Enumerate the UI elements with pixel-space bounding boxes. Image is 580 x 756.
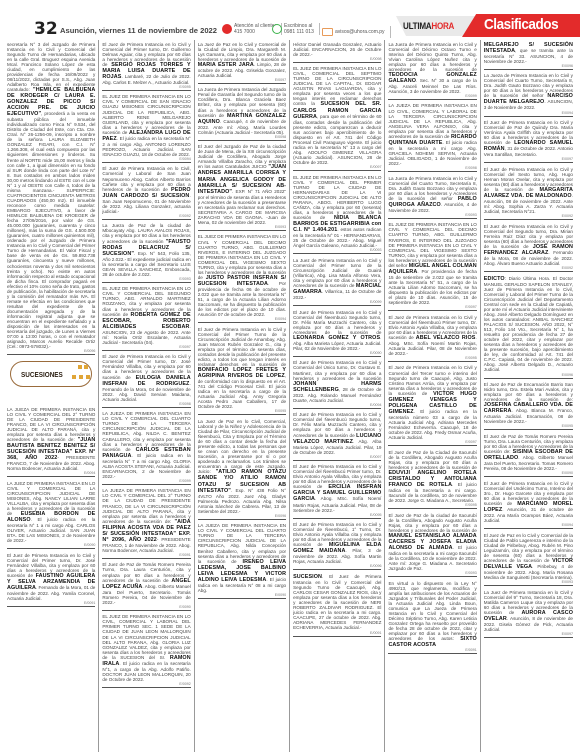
column-3: La Juez de Paz en lo Civil y Comercial d… bbox=[195, 40, 290, 752]
legal-notice: El Juez de Paz en lo Civil y Comercial d… bbox=[484, 531, 573, 586]
legal-notice: El Juez de Primera Instancia en lo Civil… bbox=[102, 165, 190, 220]
notice-body: EL JUEZ DE PRIMERA INSTANCIA EN LO CIVIL… bbox=[198, 234, 286, 279]
legal-notice: EL JUEZ DE PRIMERA INSTANCIA EN LO CIVIL… bbox=[198, 233, 286, 323]
notice-body: EL JUEZ DE PRIMERA INSTANCIA EN LO CIVIL… bbox=[293, 66, 381, 106]
notice-code: E/0092 bbox=[484, 214, 573, 218]
column-5: La Jueza de Primera Instancia en lo Civi… bbox=[385, 40, 480, 752]
legal-notice: El Juez de Primera Instancia en lo Civil… bbox=[293, 463, 381, 519]
notice-subject: BONIFACIO LOPEZ FRETES Y AGRIPINA RIVERO… bbox=[198, 367, 286, 379]
notice-body: El Juez de Primera Instancia en lo Civil… bbox=[293, 310, 381, 335]
legal-notice: EL JUEZ DE PRIMERA INSTANCIA EN LO CIVIL… bbox=[102, 613, 190, 688]
notice-code: E/0099 bbox=[293, 300, 381, 304]
notice-code: E/0095 bbox=[388, 503, 476, 507]
notice-code: E/0094 bbox=[102, 157, 190, 161]
notice-code: E/0094 bbox=[198, 317, 286, 321]
legal-notice: EL JUEZ DE PRIMERA INSTANCIA EN LO CIVIL… bbox=[102, 93, 190, 163]
notice-body: LA JUEZA DE PRIMERA INSTANCIA EN LO CIVI… bbox=[198, 523, 286, 563]
legal-notice: El Juez de Primera Instancia en lo Civil… bbox=[293, 308, 381, 357]
legal-notice: La Jueza de Primera Instancia en lo Civi… bbox=[484, 72, 573, 117]
column-6: MELGAREJO S/ SUCESIÓN INTESTADA, que se … bbox=[481, 40, 576, 752]
whatsapp-icon bbox=[272, 24, 282, 34]
notice-code: E/0098 bbox=[102, 402, 190, 406]
notice-code: E/0097 bbox=[388, 305, 476, 309]
legal-notice: La Juez de Primera Instancia en lo Civil… bbox=[293, 256, 381, 306]
notice-body: En virtud a lo dispuesto en la Ley N° 49… bbox=[388, 581, 476, 642]
notice-code: E/0090 bbox=[7, 543, 95, 547]
notice-code: E/0097 bbox=[388, 440, 476, 444]
legal-notice: EL JUEZ DE PRIMERA INSTANCIA EN LO CIVIL… bbox=[102, 285, 190, 351]
legal-notice: La Jueza de Primera Instancia en lo Civi… bbox=[388, 174, 476, 219]
notice-code: E/0095 bbox=[484, 424, 573, 428]
notice-body: El Juez de Paz de la Ciudad de Itacurubí… bbox=[388, 450, 476, 470]
notice-body-tail: . Por providencia de fecha 06 de octubre… bbox=[198, 281, 286, 317]
section-badge-label: SUCESIONES bbox=[21, 370, 63, 379]
notice-code: E/0096 bbox=[484, 373, 573, 377]
notice-code: E/0093 bbox=[102, 277, 190, 281]
notice-code: E/0092 bbox=[102, 214, 190, 218]
legal-notice: El Juez de Primera Instancia en lo Civil… bbox=[293, 359, 381, 409]
notice-body: Héctor Daniel Granada Gonzalez, Actuario… bbox=[293, 42, 381, 57]
notice-code: E/0090 bbox=[198, 593, 286, 597]
family-tree-icon bbox=[70, 365, 83, 383]
legal-notice: La Juez de Primera Instancia en lo Civil… bbox=[484, 588, 573, 638]
section-title: Clasificados bbox=[484, 16, 558, 33]
notice-code: E/0096 bbox=[293, 564, 381, 568]
notice-code: E/0099 bbox=[102, 479, 190, 483]
notice-code: E/0091 bbox=[293, 631, 381, 635]
notice-code: E/0092 bbox=[102, 682, 190, 686]
legal-notice: La Jueza de Paz de la ciudad de Mbocayat… bbox=[102, 222, 190, 283]
notice-body: EL JUEZ DE PRIMERA INSTANCIA EN LO CIVIL… bbox=[102, 614, 190, 659]
notice-code: E/0091 bbox=[388, 648, 476, 652]
notice-body: secretaría N° 3 del Juzgado de Primera I… bbox=[7, 42, 95, 92]
notice-body: El Juez de Primera Instancia en lo Civil… bbox=[198, 327, 286, 367]
legal-notice: El Juez de Primera Instancia en lo Civil… bbox=[7, 551, 95, 607]
notice-code: E/0090 bbox=[293, 351, 381, 355]
legal-notice: El Juez de Primera Instancia en lo Civil… bbox=[293, 411, 381, 461]
divider bbox=[319, 23, 320, 35]
notice-body: EL JUEZ DE PRIMERA INSTANCIA EN LO CIVIL… bbox=[388, 222, 476, 267]
legal-notice: El Juez de Paz de Encarnación Barrio San… bbox=[484, 381, 573, 431]
legal-notice: EL JUEZ DE PRIMERA INSTANCIA EN LO CIVIL… bbox=[293, 65, 381, 171]
notice-code: E/0091 bbox=[102, 553, 190, 557]
notice-body: LA JUEZA DE PRIMERA INSTANCIA EN LO CIVI… bbox=[102, 411, 190, 451]
notice-body: La Jueza de Primera Instancia en lo Civi… bbox=[388, 42, 476, 72]
column-1: secretaría N° 3 del Juzgado de Primera I… bbox=[4, 40, 99, 752]
page-number: 32 bbox=[34, 19, 58, 39]
notice-code: E/0093 bbox=[388, 213, 476, 217]
email-contact[interactable]: avisos@uhora.com.py bbox=[322, 26, 391, 38]
legal-notice: SUCESION. El Juez de Primera Instancia e… bbox=[293, 572, 381, 636]
mail-icon bbox=[322, 28, 333, 36]
notice-body-tail: , procederá a la venta en subasta públic… bbox=[7, 111, 95, 349]
legal-notice: La Jueza de Primera Instancia del Juzgad… bbox=[198, 86, 286, 141]
notice-body: EL JUEZ DE PRIMERA INSTANCIA EN LO CIVIL… bbox=[102, 94, 190, 134]
notice-code: E/0090 bbox=[102, 605, 190, 609]
notice-body-tail: : Diario Última Hora. El Doctor MANUEL G… bbox=[484, 276, 573, 373]
page-header: 32 Asunción, viernes 11 de noviembre de … bbox=[0, 0, 580, 38]
section-title-banner: Clasificados bbox=[462, 14, 580, 37]
notice-code: E/0097 bbox=[484, 157, 573, 161]
phone-icon bbox=[222, 24, 232, 34]
column-2: El Juez de Primera Instancia en lo Civil… bbox=[99, 40, 194, 752]
legal-notice: LA JUEZA DE PRIMERA INSTANCIA EN LO CIVI… bbox=[388, 102, 476, 172]
legal-notice: Héctor Daniel Granada Gonzalez, Actuario… bbox=[293, 40, 381, 63]
notice-code: E/0098 bbox=[293, 57, 381, 61]
notice-code: E/0095 bbox=[293, 513, 381, 517]
notice-code: E/0095 bbox=[102, 85, 190, 89]
notice-code: E/0093 bbox=[293, 248, 381, 252]
notice-code: E/0097 bbox=[198, 78, 286, 82]
legal-notice: El Juez de Primera Instancia en lo Civil… bbox=[388, 313, 476, 362]
notice-body-tail: . El Juez de Primera Instancia en lo Civ… bbox=[293, 574, 381, 630]
notice-code: E/0097 bbox=[293, 165, 381, 169]
notice-body: EL JUEZ DE PRIMERA INSTANCIA EN LO CIVIL… bbox=[293, 175, 381, 220]
legal-notice: LA JUEZA DE PRIMERA INSTANCIA EN LO CIVI… bbox=[198, 522, 286, 599]
section-badge-sucesiones: SUCESIONES bbox=[10, 361, 92, 387]
legal-notice: La Juez de Paz en lo Civil y Comercial d… bbox=[198, 40, 286, 84]
notice-body: El Juez de Paz de Encarnación Barrio San… bbox=[484, 382, 573, 402]
legal-notice: El Juez de Primera Instancia en lo Civil… bbox=[102, 353, 190, 408]
legal-notice: El Juez de Paz de Tomás Romero Pereira T… bbox=[484, 432, 573, 477]
legal-notice: EL JUEZ DE PRIMERA INSTANCIA EN LO CIVIL… bbox=[293, 173, 381, 254]
notice-code: E/0094 bbox=[293, 403, 381, 407]
notice-code: E/0096 bbox=[7, 349, 95, 353]
column-4: Héctor Daniel Granada Gonzalez, Actuario… bbox=[290, 40, 385, 752]
notice-code: E/0097 bbox=[484, 632, 573, 636]
notice-body: El Juez de Primera Instancia en lo Civil… bbox=[293, 360, 381, 380]
notice-code: E/0091 bbox=[7, 601, 95, 605]
legal-notice: El Juez de Paz de la ciudad de Itacurubí… bbox=[388, 511, 476, 577]
legal-notice: El Juez de Primera Instancia en lo Civil… bbox=[484, 479, 573, 529]
notice-code: E/0098 bbox=[198, 135, 286, 139]
notice-code: E/0094 bbox=[484, 523, 573, 527]
legal-notice: LA JUEZA DE PRIMERA INSTANCIA EN LO CIVI… bbox=[7, 405, 95, 477]
legal-notice: El Juez de Primera Instancia en lo Civil… bbox=[484, 119, 573, 164]
legal-notice: La Juez de Paz en lo Civil, Comercial, L… bbox=[198, 417, 286, 519]
legal-notice: El Juez de Primera Instancia en lo Civil… bbox=[484, 165, 573, 220]
notice-code: E/0096 bbox=[198, 514, 286, 518]
notice-code: E/0094 bbox=[484, 111, 573, 115]
notice-body: La Juez de Paz en lo Civil y Comercial d… bbox=[198, 42, 286, 62]
divider bbox=[390, 26, 391, 38]
legal-notice: LA JUEZA DE PRIMERA INSTANCIA EN LO CIVI… bbox=[102, 410, 190, 485]
brand-logo: ULTIMAHORA bbox=[403, 21, 454, 32]
legal-notice: En virtud a lo dispuesto en la Ley N° 49… bbox=[388, 579, 476, 654]
legal-notice: LA JUEZ DE PRIMERA INSTANCIA EN LO CIVIL… bbox=[7, 479, 95, 549]
legal-notice: MELGAREJO S/ SUCESIÓN INTESTADA, que se … bbox=[484, 40, 573, 70]
notice-code: E/0099 bbox=[388, 94, 476, 98]
notice-body: El Juez de Paz de la ciudad de Itacurubí… bbox=[388, 513, 476, 533]
notice-code: E/0095 bbox=[198, 409, 286, 413]
legal-notice: EL JUEZ DE PRIMERA INSTANCIA EN LO CIVIL… bbox=[388, 221, 476, 311]
notice-code: E/0093 bbox=[484, 580, 573, 584]
notice-code: E/0090 bbox=[484, 471, 573, 475]
notice-code: E/0095 bbox=[388, 356, 476, 360]
legal-notice: secretaría N° 3 del Juzgado de Primera I… bbox=[7, 40, 95, 355]
notice-code: E/0097 bbox=[102, 345, 190, 349]
legal-notice: EDICTO: Diario Última Hora. El Doctor MA… bbox=[484, 274, 573, 378]
notice-body-tail: , para que en el término de 60 días, con… bbox=[293, 114, 381, 165]
legal-notice: El Juez de Primera Instancia en lo Civil… bbox=[102, 40, 190, 91]
publication-date: Asunción, viernes 11 de noviembre de 202… bbox=[60, 26, 217, 35]
legal-notice: El Juez de Primera Instancia en lo Civil… bbox=[198, 325, 286, 415]
notice-code: E/0096 bbox=[484, 64, 573, 68]
legal-notice: El Juez de Primera Instancia en lo Civil… bbox=[293, 521, 381, 571]
notice-body-tail: . Por providencia de fecha 15 de setiemb… bbox=[388, 269, 476, 305]
notice-code: E/0094 bbox=[7, 471, 95, 475]
legal-notice: La Jueza de Primera Instancia en lo Civi… bbox=[388, 40, 476, 100]
legal-notice: LA JUEZA DE PRIMERA INSTANCIA EN LO CIVI… bbox=[102, 487, 190, 559]
notice-code: E/0093 bbox=[198, 225, 286, 229]
notice-body: La Juez de Paz en lo Civil, Comercial, L… bbox=[198, 419, 286, 474]
legal-notice: El Juez de Paz de la Ciudad de Itacurubí… bbox=[388, 448, 476, 509]
notice-body-tail: . EXP. N° 71 AÑO 2022" por el término de… bbox=[198, 189, 286, 225]
legal-notice: El Juez de Primera Instancia en lo Civil… bbox=[388, 364, 476, 446]
legal-notice: El Juez del Juzgado de Paz de la ciudad … bbox=[198, 143, 286, 231]
whatsapp-contact: Escribinos al0981 111 013 bbox=[272, 23, 320, 35]
notice-code: E/0092 bbox=[484, 266, 573, 270]
classifieds-columns: secretaría N° 3 del Juzgado de Primera I… bbox=[4, 40, 576, 752]
notice-code: E/0097 bbox=[293, 455, 381, 459]
legal-notice: El Juez de Paz de Tomás Romero Pereira T… bbox=[102, 561, 190, 611]
notice-body-tail: , de conformidad con lo dispuesto en el … bbox=[198, 373, 286, 409]
notice-code: E/0093 bbox=[388, 571, 476, 575]
legal-notice: El Juez de Primera Instancia en lo Civil… bbox=[484, 222, 573, 272]
notice-code: E/0098 bbox=[388, 166, 476, 170]
